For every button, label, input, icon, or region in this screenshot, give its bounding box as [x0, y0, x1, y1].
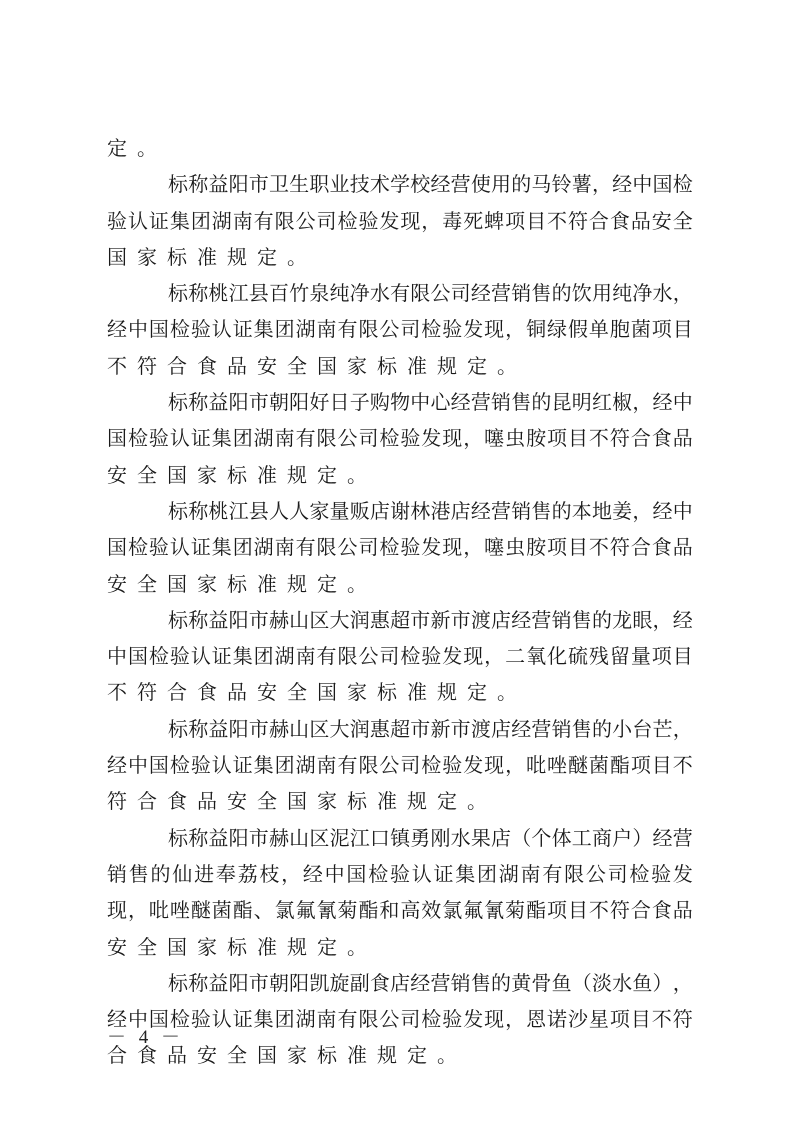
text-line: 定。 — [107, 130, 693, 166]
text-line: 国检验认证集团湖南有限公司检验发现，噻虫胺项目不符合食品 — [107, 420, 693, 456]
text-line: 标称益阳市卫生职业技术学校经营使用的马铃薯，经中国检 — [107, 166, 693, 202]
text-line: 现，吡唑醚菌酯、氯氟氰菊酯和高效氯氟氰菊酯项目不符合食品 — [107, 892, 693, 928]
text-line: 不符合食品安全国家标准规定。 — [107, 348, 693, 384]
text-line: 标称桃江县百竹泉纯净水有限公司经营销售的饮用纯净水， — [107, 275, 693, 311]
page-number: － 4 － — [107, 1022, 184, 1049]
text-line: 符合食品安全国家标准规定。 — [107, 783, 693, 819]
document-body: 定。标称益阳市卫生职业技术学校经营使用的马铃薯，经中国检验认证集团湖南有限公司检… — [107, 130, 707, 1074]
paragraph: 标称桃江县百竹泉纯净水有限公司经营销售的饮用纯净水，经中国检验认证集团湖南有限公… — [107, 275, 707, 384]
text-line: 国家标准规定。 — [107, 239, 693, 275]
text-line: 标称益阳市赫山区泥江口镇勇刚水果店（个体工商户）经营 — [107, 820, 693, 856]
paragraph: 定。 — [107, 130, 707, 166]
text-line: 经中国检验认证集团湖南有限公司检验发现，铜绿假单胞菌项目 — [107, 311, 693, 347]
paragraph: 标称益阳市赫山区大润惠超市新市渡店经营销售的小台芒，经中国检验认证集团湖南有限公… — [107, 711, 707, 820]
paragraph: 标称益阳市赫山区泥江口镇勇刚水果店（个体工商户）经营销售的仙进奉荔枝，经中国检验… — [107, 820, 707, 965]
text-line: 销售的仙进奉荔枝，经中国检验认证集团湖南有限公司检验发 — [107, 856, 693, 892]
text-line: 验认证集团湖南有限公司检验发现，毒死蜱项目不符合食品安全 — [107, 203, 693, 239]
text-line: 安全国家标准规定。 — [107, 929, 693, 965]
text-line: 标称益阳市赫山区大润惠超市新市渡店经营销售的龙眼，经 — [107, 602, 693, 638]
text-line: 经中国检验认证集团湖南有限公司检验发现，恩诺沙星项目不符 — [107, 1001, 693, 1037]
text-line: 标称益阳市朝阳凯旋副食店经营销售的黄骨鱼（淡水鱼）， — [107, 965, 693, 1001]
text-line: 安全国家标准规定。 — [107, 566, 693, 602]
text-line: 安全国家标准规定。 — [107, 457, 693, 493]
paragraph: 标称益阳市赫山区大润惠超市新市渡店经营销售的龙眼，经中国检验认证集团湖南有限公司… — [107, 602, 707, 711]
text-line: 中国检验认证集团湖南有限公司检验发现，二氧化硫残留量项目 — [107, 638, 693, 674]
text-line: 不符合食品安全国家标准规定。 — [107, 674, 693, 710]
text-line: 标称益阳市赫山区大润惠超市新市渡店经营销售的小台芒， — [107, 711, 693, 747]
paragraph: 标称益阳市朝阳凯旋副食店经营销售的黄骨鱼（淡水鱼），经中国检验认证集团湖南有限公… — [107, 965, 707, 1074]
paragraph: 标称益阳市卫生职业技术学校经营使用的马铃薯，经中国检验认证集团湖南有限公司检验发… — [107, 166, 707, 275]
document-page: 定。标称益阳市卫生职业技术学校经营使用的马铃薯，经中国检验认证集团湖南有限公司检… — [0, 0, 794, 1122]
text-line: 合食品安全国家标准规定。 — [107, 1037, 693, 1073]
paragraph: 标称桃江县人人家量贩店谢林港店经营销售的本地姜，经中国检验认证集团湖南有限公司检… — [107, 493, 707, 602]
text-line: 国检验认证集团湖南有限公司检验发现，噻虫胺项目不符合食品 — [107, 529, 693, 565]
text-line: 标称桃江县人人家量贩店谢林港店经营销售的本地姜，经中 — [107, 493, 693, 529]
text-line: 标称益阳市朝阳好日子购物中心经营销售的昆明红椒，经中 — [107, 384, 693, 420]
paragraph: 标称益阳市朝阳好日子购物中心经营销售的昆明红椒，经中国检验认证集团湖南有限公司检… — [107, 384, 707, 493]
text-line: 经中国检验认证集团湖南有限公司检验发现，吡唑醚菌酯项目不 — [107, 747, 693, 783]
